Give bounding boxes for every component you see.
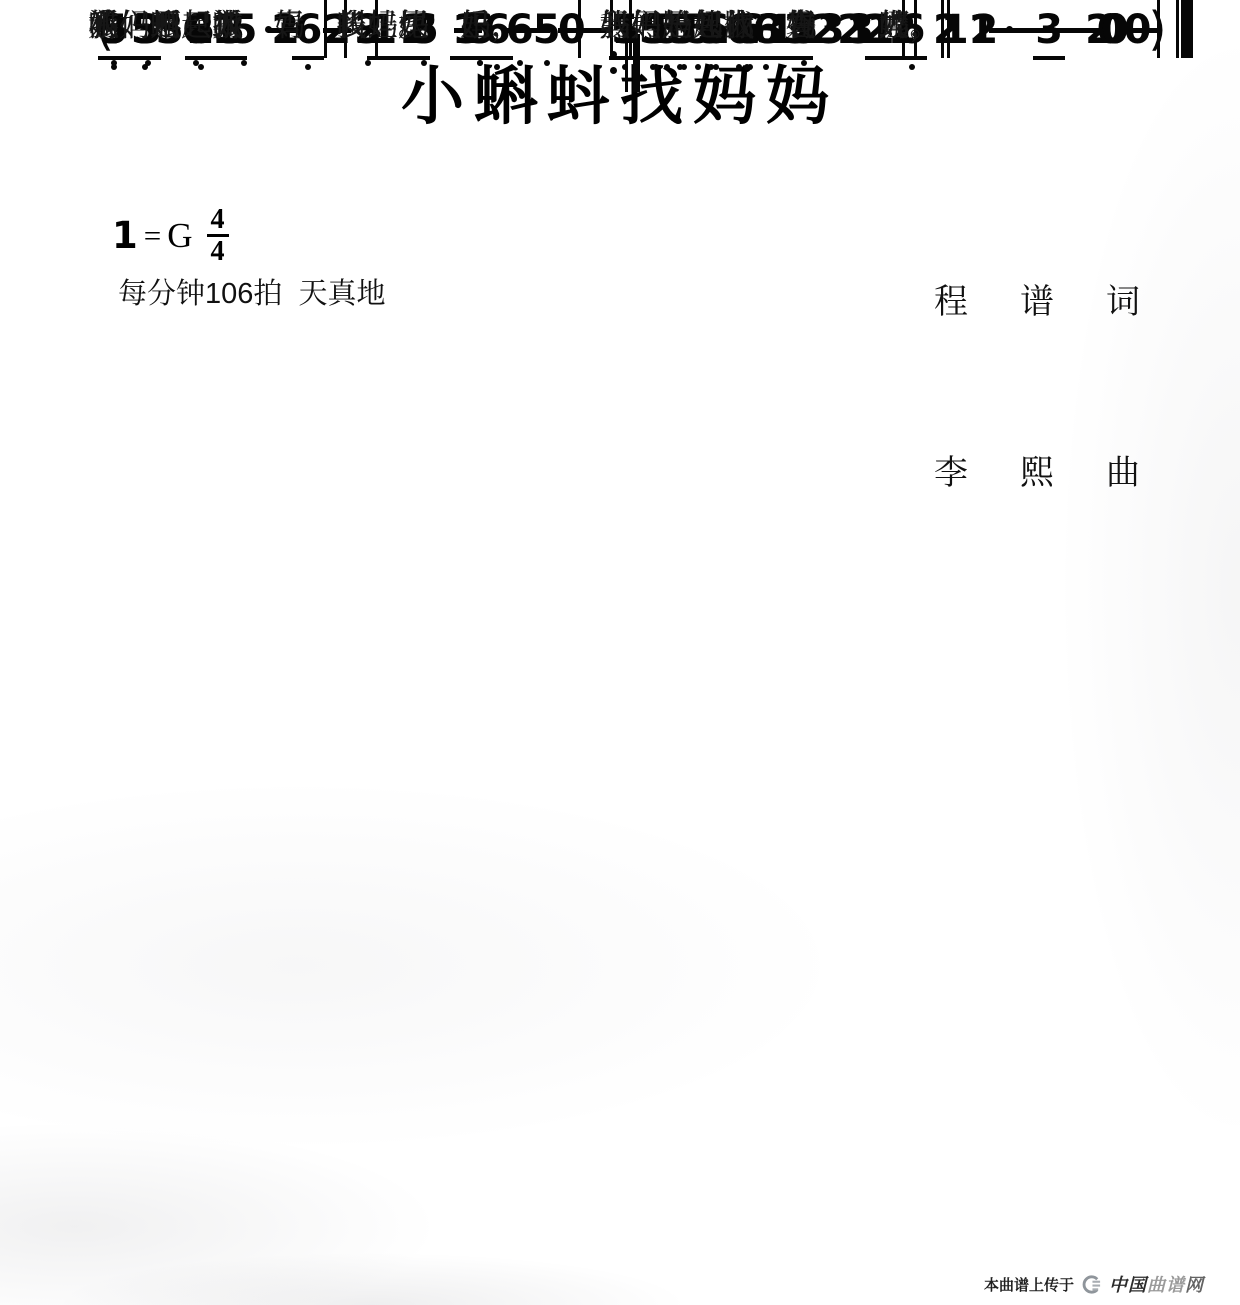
site-name-part1: 中国 xyxy=(1109,1275,1147,1295)
tonic-numeral: 1 xyxy=(112,214,138,257)
site-name-part3: 网 xyxy=(1185,1275,1204,1295)
site-name-part2: 曲谱 xyxy=(1147,1275,1185,1295)
qupu-site-logo-icon xyxy=(1081,1274,1102,1295)
credits-block: 程 谱 词 李 熙 曲 xyxy=(934,160,1149,616)
lyricist-credit: 程 谱 词 xyxy=(934,274,1149,331)
lyrics-row3-verse2: 妈妈是只大 青 蛙。 妈妈是只大 青 蛙。 xyxy=(88,0,941,45)
final-double-barline xyxy=(1176,0,1191,58)
duration-dash xyxy=(1020,28,1048,33)
uploaded-by-text: 本曲谱上传于 xyxy=(984,1274,1074,1295)
note-digit: 0 xyxy=(1124,7,1152,53)
meter-denominator: 4 xyxy=(211,238,225,265)
composer-credit: 李 熙 曲 xyxy=(934,445,1149,502)
equals-sign: = xyxy=(144,218,161,254)
site-name: 中国曲谱网 xyxy=(1109,1271,1204,1297)
note-digit: 1 xyxy=(968,7,996,53)
thin-bar xyxy=(1176,0,1179,58)
meter-numerator: 4 xyxy=(211,206,225,233)
key-letter: G xyxy=(167,216,192,256)
watermark: 本曲谱上传于 中国曲谱网 xyxy=(984,1271,1204,1297)
time-signature: 4 4 xyxy=(207,206,229,265)
tempo-marking: 每分钟106拍 天真地 xyxy=(118,271,386,312)
sheet-music-page: 小蝌蚪找妈妈 程 谱 词 李 熙 曲 1 = G 4 4 每分钟106拍 天真地… xyxy=(0,0,1240,1305)
note: 0 xyxy=(1124,7,1152,53)
note: 1 xyxy=(968,7,996,53)
thick-bar xyxy=(1184,0,1191,58)
barline xyxy=(941,0,944,58)
duration-dash xyxy=(1072,28,1100,33)
repeat-dots xyxy=(610,51,617,74)
key-signature: 1 = G 4 4 xyxy=(112,206,229,265)
